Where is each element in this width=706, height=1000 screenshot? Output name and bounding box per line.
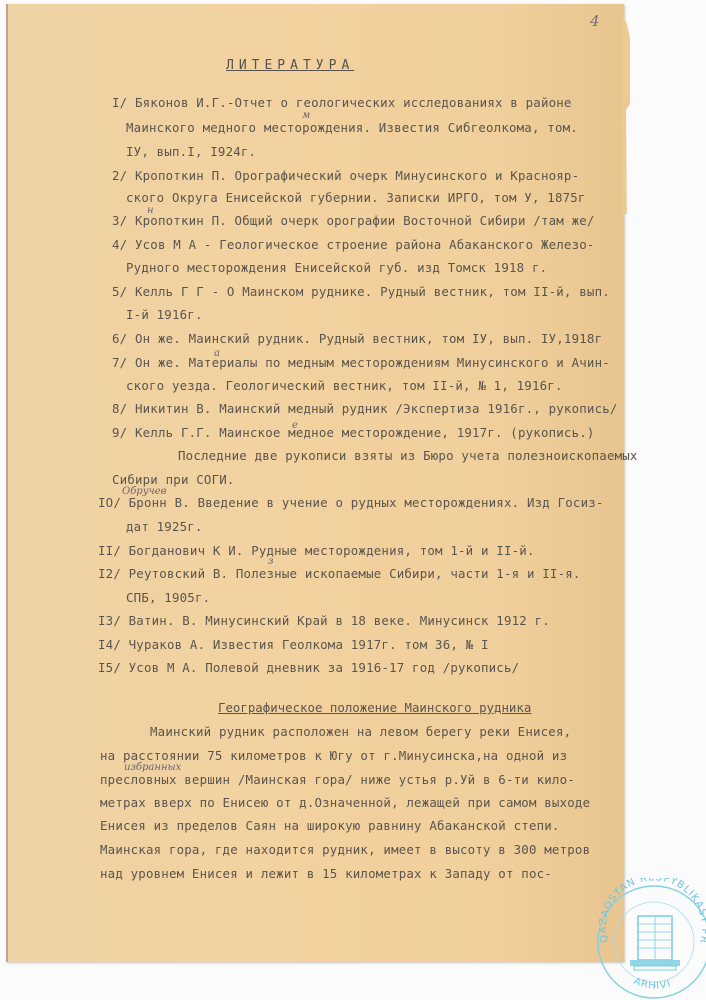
bibliography-line: Маинского медного месторождения. Извести… <box>126 120 578 135</box>
svg-text:QAZAQSTAN RESPÝBLIKASY PREZIDE: QAZAQSTAN RESPÝBLIKASY PREZIDENTINIŃ ARH… <box>590 878 706 945</box>
paragraph-line: Енисея из пределов Саян на широкую равни… <box>100 818 560 833</box>
bibliography-line: 2/ Кропоткин П. Орографический очерк Мин… <box>112 168 579 183</box>
bibliography-line: I3/ Ватин. В. Минусинский Край в 18 веке… <box>98 613 550 628</box>
paragraph-line: Маинский рудник расположен на левом бере… <box>150 724 571 739</box>
handwritten-correction: Обручев <box>122 486 166 497</box>
bibliography-line: 3/ Кропоткин П. Общий очерк орографии Во… <box>112 213 595 228</box>
section-title-geography: Географическое положение Маинского рудни… <box>218 700 531 715</box>
handwritten-correction: м <box>302 110 310 121</box>
paragraph-line: метрах вверх по Енисею от д.Означенной, … <box>100 795 590 810</box>
archive-building-icon: QAZAQSTAN RESPÝBLIKASY PREZIDENTINIŃ ARH… <box>590 878 706 1000</box>
bibliography-line: СПБ, 1905г. <box>126 590 210 605</box>
bibliography-line: II/ Богданович К И. Рудные месторождения… <box>98 543 535 558</box>
handwritten-correction: з <box>268 556 273 567</box>
archive-stamp: QAZAQSTAN RESPÝBLIKASY PREZIDENTINIŃ ARH… <box>590 878 706 1000</box>
bibliography-line: дат 1925г. <box>126 519 203 534</box>
bibliography-line: 4/ Усов М А - Геологическое строение рай… <box>112 237 595 252</box>
bibliography-line: Рудного месторождения Енисейской губ. из… <box>126 260 547 275</box>
paragraph-line: Маинская гора, где находится рудник, име… <box>100 842 590 857</box>
section-title-literature: ЛИТЕРАТУРА <box>226 58 354 73</box>
paragraph-line: над уровнем Енисея и лежит в 15 километр… <box>100 866 552 881</box>
bibliography-line: 8/ Никитин В. Маинский медный рудник /Эк… <box>112 401 618 416</box>
handwritten-correction: а <box>214 348 220 359</box>
bibliography-line: 5/ Келль Г Г - О Маинском руднике. Рудны… <box>112 284 610 299</box>
svg-text:*: * <box>652 983 657 992</box>
paragraph-line: пресловных вершин /Маинская гора/ ниже у… <box>100 772 575 787</box>
bibliography-line: I-й 1916г. <box>126 307 203 322</box>
bibliography-line: 6/ Он же. Маинский рудник. Рудный вестни… <box>112 331 602 346</box>
handwritten-correction: избранных <box>124 762 181 773</box>
page-number: 4 <box>590 12 600 30</box>
handwritten-correction: е <box>292 420 298 431</box>
bibliography-line: IO/ Бронн В. Введение в учение о рудных … <box>98 495 604 510</box>
bibliography-line: Последние две рукописи взяты из Бюро уче… <box>178 448 638 463</box>
bibliography-line: I/ Бяконов И.Г.-Отчет о геологических ис… <box>112 95 572 110</box>
bibliography-line: ского Округа Енисейской губернии. Записк… <box>126 190 586 205</box>
bibliography-line: IУ, вып.I, I924г. <box>126 144 256 159</box>
handwritten-correction: н <box>147 205 154 216</box>
bibliography-line: 7/ Он же. Материалы по медным месторожде… <box>112 355 610 370</box>
bibliography-line: I5/ Усов М А. Полевой дневник за 1916-17… <box>98 660 519 675</box>
bibliography-line: 9/ Келль Г.Г. Маинское медное месторожде… <box>112 425 595 440</box>
bibliography-line: I2/ Реутовский В. Полезные ископаемые Си… <box>98 566 581 581</box>
bibliography-line: Сибири при СОГИ. <box>112 472 235 487</box>
bibliography-line: I4/ Чураков А. Известия Геолкома 1917г. … <box>98 637 489 652</box>
bibliography-line: ского уезда. Геологический вестник, том … <box>126 378 563 393</box>
paragraph-line: на расстоянии 75 километров к Югу от г.М… <box>100 748 567 763</box>
